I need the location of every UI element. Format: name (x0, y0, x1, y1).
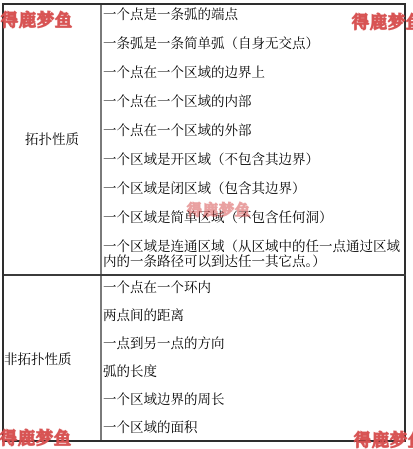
property-item: 弧的长度 (103, 364, 404, 379)
property-item: 两点间的距离 (103, 308, 404, 323)
property-item: 一个区域是开区域（不包含其边界） (103, 152, 404, 167)
property-item: 一点到另一点的方向 (103, 336, 404, 351)
property-item: 一个区域是闭区域（包含其边界） (103, 181, 404, 196)
property-item: 一个区域是连通区域（从区域中的任一点通过区域内的一条路径可以到达任一其它点。） (103, 239, 404, 269)
property-item: 一个点在一个区域的内部 (103, 94, 404, 109)
property-item: 一个点在一个环内 (103, 280, 404, 295)
property-item: 一个区域的面积 (103, 420, 404, 435)
document-page: 拓扑性质 非拓扑性质 一个点是一条弧的端点 一条弧是一条简单弧（自身无交点） 一… (0, 0, 413, 449)
property-item: 一个点在一个区域的外部 (103, 123, 404, 138)
property-item: 一个点是一条弧的端点 (103, 7, 404, 22)
row-divider (4, 274, 406, 276)
property-item: 一条弧是一条简单弧（自身无交点） (103, 36, 404, 51)
row-label-topological: 拓扑性质 (4, 132, 100, 147)
column-divider (100, 5, 102, 440)
property-item: 一个区域是简单区域（不包含任何洞） (103, 210, 404, 225)
property-item: 一个区域边界的周长 (103, 392, 404, 407)
property-item: 一个点在一个区域的边界上 (103, 65, 404, 80)
row-label-non-topological: 非拓扑性质 (4, 352, 72, 367)
